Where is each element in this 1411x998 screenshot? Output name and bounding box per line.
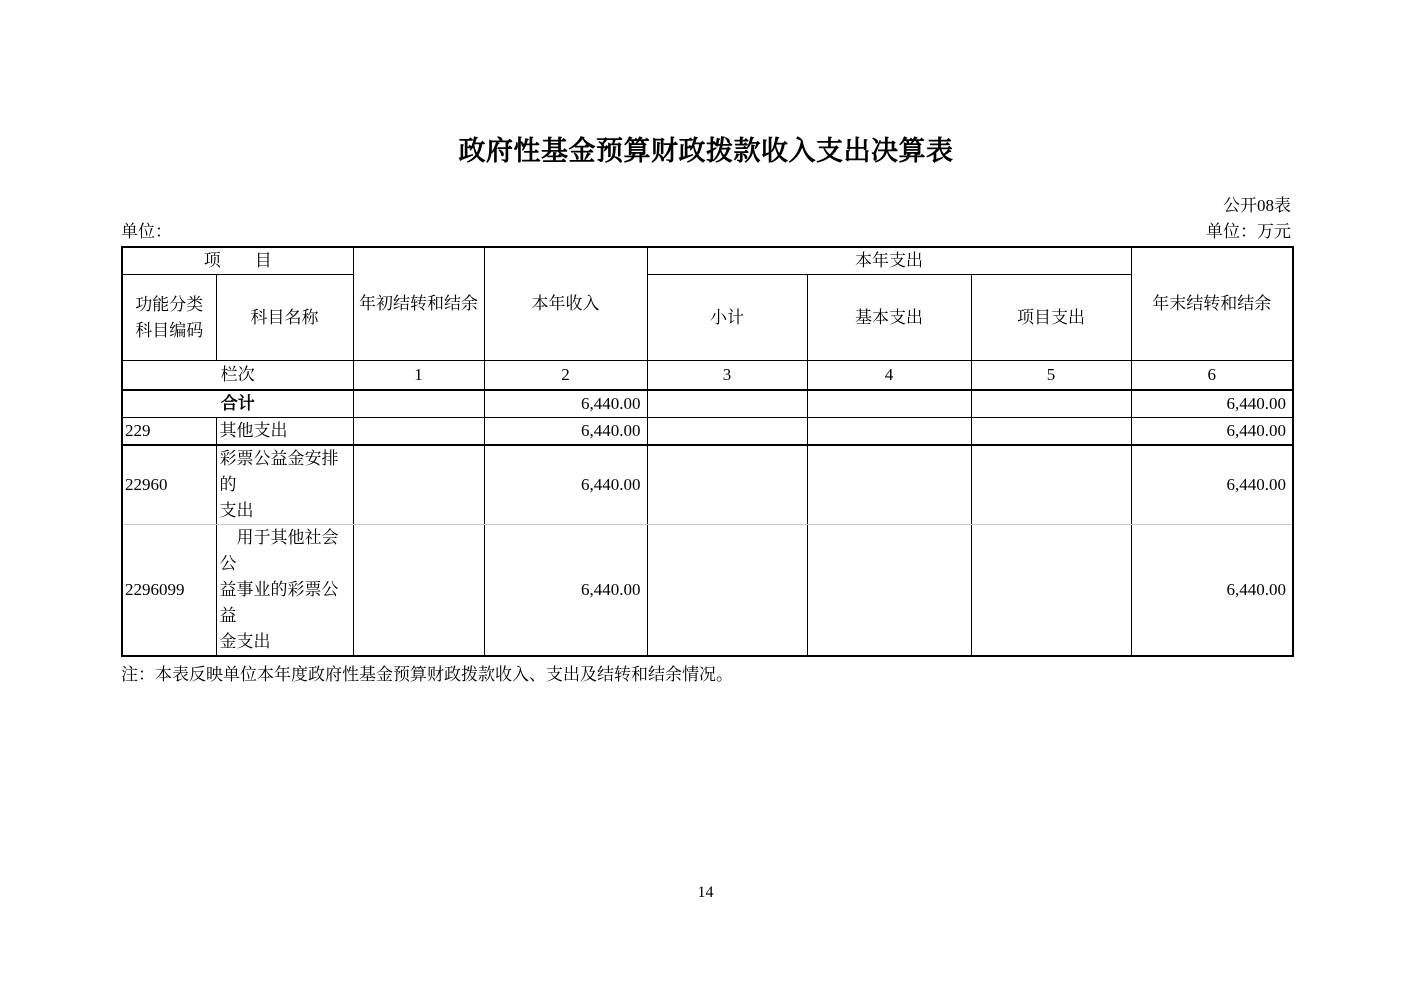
header-basic-expense: 基本支出: [807, 275, 971, 361]
cell-end-balance: 6,440.00: [1131, 390, 1293, 418]
cell-name: 用于其他社会公 益事业的彩票公益 金支出: [216, 525, 353, 657]
table-row-229: 229 其他支出 6,440.00 6,440.00: [122, 417, 1293, 445]
cell-code: 2296099: [122, 525, 216, 657]
cell-end-balance: 6,440.00: [1131, 445, 1293, 525]
page-content: 政府性基金预算财政拨款收入支出决算表 公开08表 单位： 单位：万元 项 目 年…: [121, 0, 1291, 685]
header-func-code: 功能分类 科目编码: [122, 275, 216, 361]
lane-number-1: 1: [353, 361, 484, 390]
header-year-expense: 本年支出: [647, 247, 1131, 275]
lane-label: 栏次: [122, 361, 353, 390]
header-begin-balance: 年初结转和结余: [353, 247, 484, 361]
cell-begin-balance: [353, 525, 484, 657]
header-subject-name: 科目名称: [216, 275, 353, 361]
lane-number-6: 6: [1131, 361, 1293, 390]
unit-label-left: 单位：: [121, 221, 172, 242]
cell-year-income: 6,440.00: [484, 445, 647, 525]
cell-begin-balance: [353, 390, 484, 418]
cell-code: 229: [122, 417, 216, 445]
table-note: 注：本表反映单位本年度政府性基金预算财政拨款收入、支出及结转和结余情况。: [121, 664, 1291, 685]
cell-subtotal: [647, 417, 807, 445]
cell-basic-expense: [807, 390, 971, 418]
cell-subtotal: [647, 445, 807, 525]
header-project: 项 目: [122, 247, 353, 275]
table-row-2296099: 2296099 用于其他社会公 益事业的彩票公益 金支出 6,440.00 6,…: [122, 525, 1293, 657]
table-row-22960: 22960 彩票公益金安排的 支出 6,440.00 6,440.00: [122, 445, 1293, 525]
cell-basic-expense: [807, 445, 971, 525]
doc-label: 公开08表: [121, 195, 1291, 216]
lane-number-2: 2: [484, 361, 647, 390]
cell-year-income: 6,440.00: [484, 417, 647, 445]
cell-subtotal: [647, 390, 807, 418]
cell-project-expense: [971, 417, 1131, 445]
unit-label-right: 单位：万元: [1206, 221, 1291, 242]
unit-row: 单位： 单位：万元: [121, 221, 1291, 242]
cell-end-balance: 6,440.00: [1131, 525, 1293, 657]
cell-code: 22960: [122, 445, 216, 525]
cell-project-expense: [971, 445, 1131, 525]
cell-project-expense: [971, 525, 1131, 657]
header-end-balance: 年末结转和结余: [1131, 247, 1293, 361]
page-title: 政府性基金预算财政拨款收入支出决算表: [121, 132, 1291, 170]
cell-basic-expense: [807, 525, 971, 657]
budget-table: 项 目 年初结转和结余 本年收入 本年支出 年末结转和结余 功能分类 科目编码 …: [121, 246, 1294, 657]
cell-project-expense: [971, 390, 1131, 418]
cell-subtotal: [647, 525, 807, 657]
cell-name: 彩票公益金安排的 支出: [216, 445, 353, 525]
lane-number-4: 4: [807, 361, 971, 390]
page-number: 14: [0, 884, 1411, 902]
header-row-2: 功能分类 科目编码 科目名称 小计 基本支出 项目支出: [122, 275, 1293, 361]
lane-number-3: 3: [647, 361, 807, 390]
cell-end-balance: 6,440.00: [1131, 417, 1293, 445]
document-page: 政府性基金预算财政拨款收入支出决算表 公开08表 单位： 单位：万元 项 目 年…: [0, 0, 1411, 998]
cell-name: 其他支出: [216, 417, 353, 445]
cell-begin-balance: [353, 417, 484, 445]
cell-begin-balance: [353, 445, 484, 525]
cell-name-total: 合计: [122, 390, 353, 418]
header-year-income: 本年收入: [484, 247, 647, 361]
header-subtotal: 小计: [647, 275, 807, 361]
header-row-1: 项 目 年初结转和结余 本年收入 本年支出 年末结转和结余: [122, 247, 1293, 275]
cell-year-income: 6,440.00: [484, 390, 647, 418]
table-row-total: 合计 6,440.00 6,440.00: [122, 390, 1293, 418]
cell-year-income: 6,440.00: [484, 525, 647, 657]
cell-basic-expense: [807, 417, 971, 445]
header-project-expense: 项目支出: [971, 275, 1131, 361]
lane-number-5: 5: [971, 361, 1131, 390]
lane-row: 栏次 1 2 3 4 5 6: [122, 361, 1293, 390]
